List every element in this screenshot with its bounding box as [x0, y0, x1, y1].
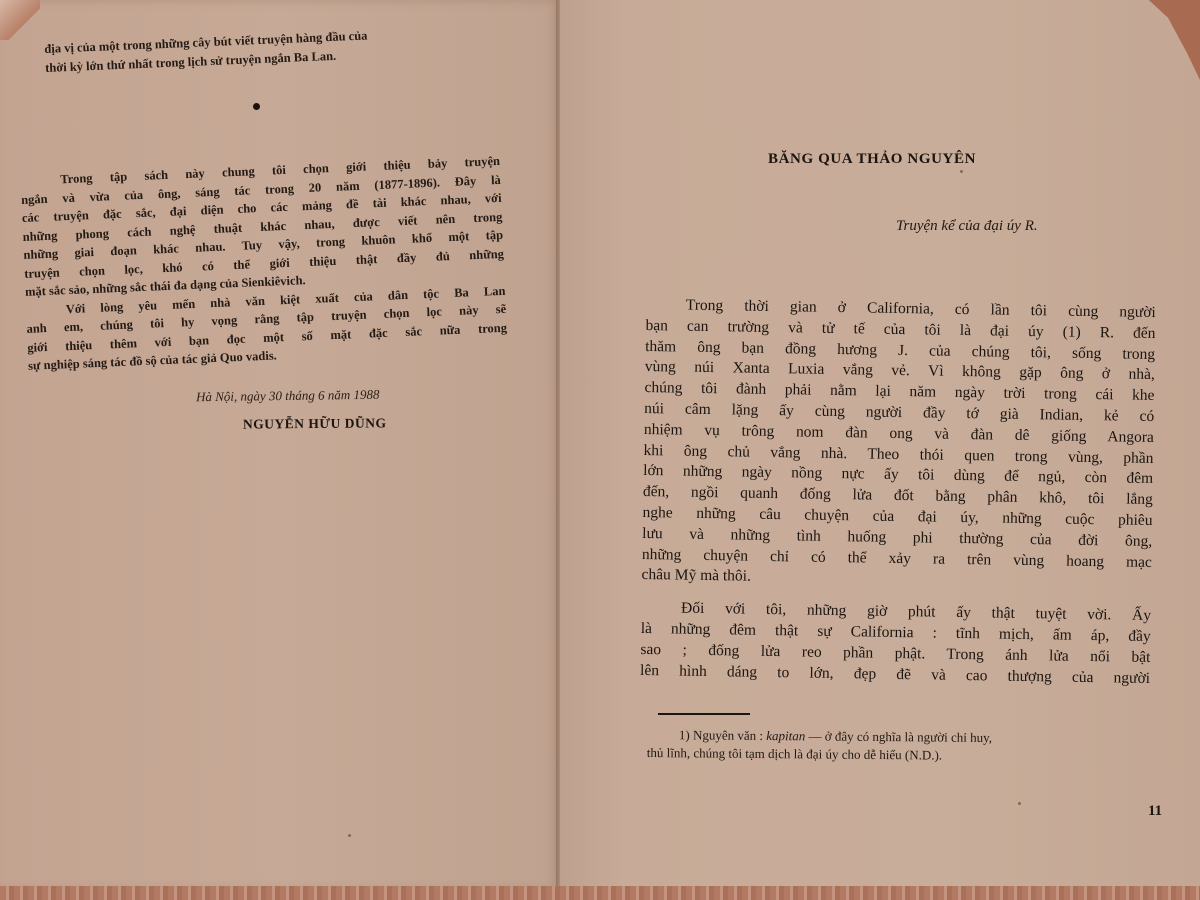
- footnote-divider: [658, 713, 750, 715]
- open-book: địa vị của một trong những cây bút viết …: [0, 0, 1200, 900]
- footnote-term: kapitan: [766, 728, 805, 743]
- paper-speck: [960, 170, 963, 173]
- page-number: 11: [1148, 803, 1162, 820]
- folded-corner: [0, 0, 40, 40]
- chapter-subtitle: Truyện kể của đại úy R.: [896, 218, 1038, 235]
- left-page: [0, 0, 560, 890]
- footnote-text: — ở đây có nghĩa là người chỉ huy,: [805, 728, 992, 745]
- right-body-text: Trong thời gian ở California, có lần tôi…: [640, 295, 1156, 689]
- signature-name: NGUYỄN HỮU DŨNG: [243, 415, 387, 432]
- signature-place-date: Hà Nội, ngày 30 tháng 6 năm 1988: [196, 387, 380, 406]
- book-gutter: [556, 0, 560, 890]
- footnote-text: 1) Nguyên văn :: [679, 727, 767, 743]
- paper-speck: [348, 834, 351, 837]
- paper-speck: [1018, 802, 1021, 805]
- section-dot: [253, 103, 260, 110]
- footnote: 1) Nguyên văn : kapitan — ở đây có nghĩa…: [647, 726, 1127, 766]
- left-intro-paragraph: Trong tập sách này chung tôi chọn giới t…: [20, 152, 508, 375]
- chapter-title: BĂNG QUA THẢO NGUYÊN: [768, 151, 976, 168]
- page-edges: [0, 886, 1200, 900]
